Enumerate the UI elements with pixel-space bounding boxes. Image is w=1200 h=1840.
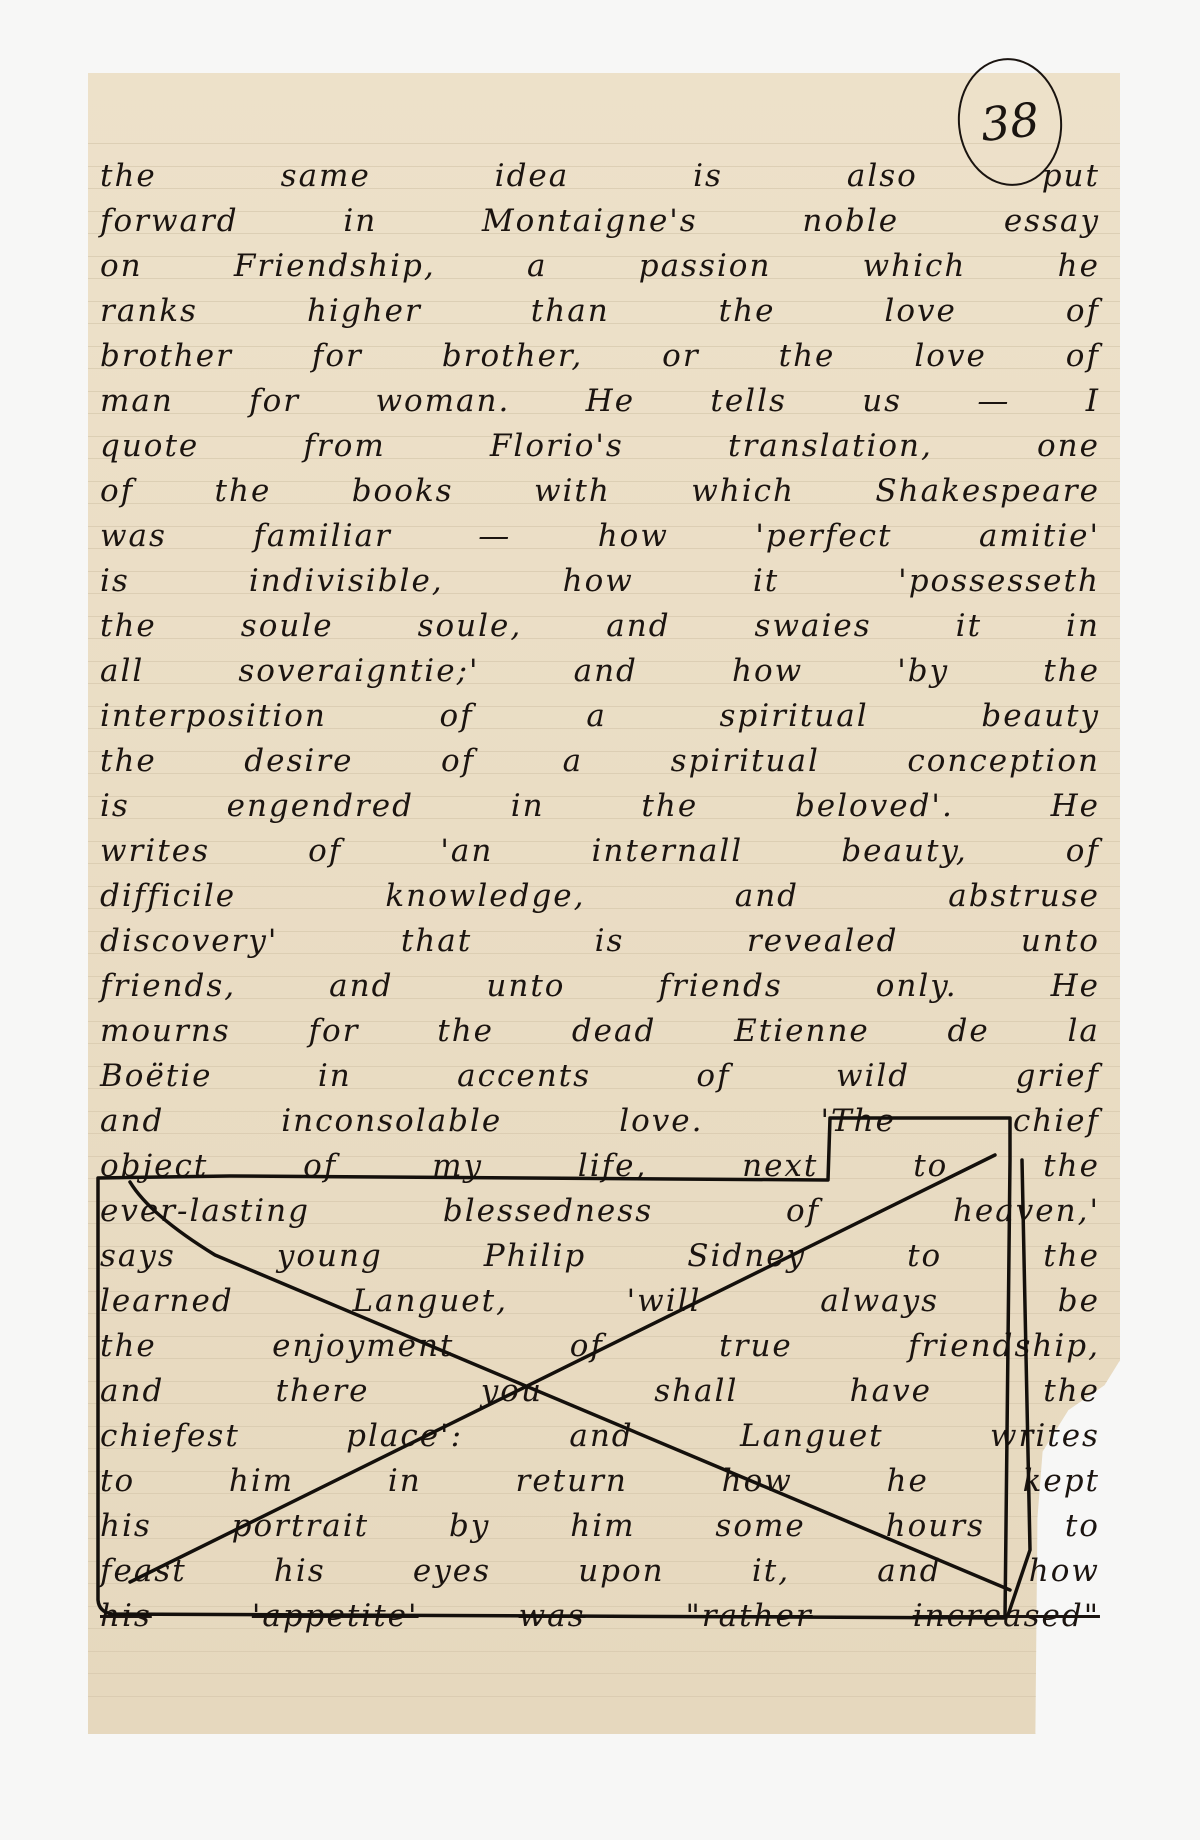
manuscript-line: quotefromFlorio'stranslation,one [100,428,1100,464]
manuscript-line: writesof'aninternallbeauty,of [100,833,1100,869]
manuscript-line: manforwoman.Hetellsus—I [100,383,1100,419]
manuscript-line: ever-lastingblessednessofheaven,' [100,1193,1100,1229]
manuscript-line: saysyoungPhilipSidneytothe [100,1238,1100,1274]
manuscript-line: feasthiseyesuponit,andhow [100,1553,1100,1589]
manuscript-line: objectofmylife,nexttothe [100,1148,1100,1184]
manuscript-line: his'appetite'was"ratherincreased" [100,1598,1100,1634]
manuscript-line: hisportraitbyhimsomehoursto [100,1508,1100,1544]
manuscript-line: wasfamiliar—how'perfectamitie' [100,518,1100,554]
ruled-line [88,1673,1120,1674]
manuscript-line: ofthebookswithwhichShakespeare [100,473,1100,509]
manuscript-line: friends,anduntofriendsonly.He [100,968,1100,1004]
manuscript-line: interpositionofaspiritualbeauty [100,698,1100,734]
ruled-line [88,1651,1120,1652]
manuscript-line: tohiminreturnhowhekept [100,1463,1100,1499]
manuscript-line: discovery'thatisrevealedunto [100,923,1100,959]
manuscript-line: difficileknowledge,andabstruse [100,878,1100,914]
manuscript-line: theenjoymentoftruefriendship, [100,1328,1100,1364]
ruled-line [88,1696,1120,1697]
manuscript-line: thedesireofaspiritualconception [100,743,1100,779]
manuscript-line: andinconsolablelove.'Thechief [100,1103,1100,1139]
manuscript-line: brotherforbrother,ortheloveof [100,338,1100,374]
manuscript-line: Boëtieinaccentsofwildgrief [100,1058,1100,1094]
page-number: 38 [978,92,1042,152]
manuscript-line: isengendredinthebeloved'.He [100,788,1100,824]
manuscript-line: thesameideaisalsoput [100,158,1100,194]
manuscript-line: onFriendship,apassionwhichhe [100,248,1100,284]
manuscript-line: mournsforthedeadEtiennedela [100,1013,1100,1049]
manuscript-line: andthereyoushallhavethe [100,1373,1100,1409]
manuscript-line: forwardinMontaigne'snobleessay [100,203,1100,239]
manuscript-line: chiefestplace':andLanguetwrites [100,1418,1100,1454]
manuscript-line: rankshigherthantheloveof [100,293,1100,329]
manuscript-line: allsoveraigntie;'andhow'bythe [100,653,1100,689]
manuscript-line: learnedLanguet,'willalwaysbe [100,1283,1100,1319]
manuscript-line: thesoulesoule,andswaiesitin [100,608,1100,644]
manuscript-line: isindivisible,howit'possesseth [100,563,1100,599]
